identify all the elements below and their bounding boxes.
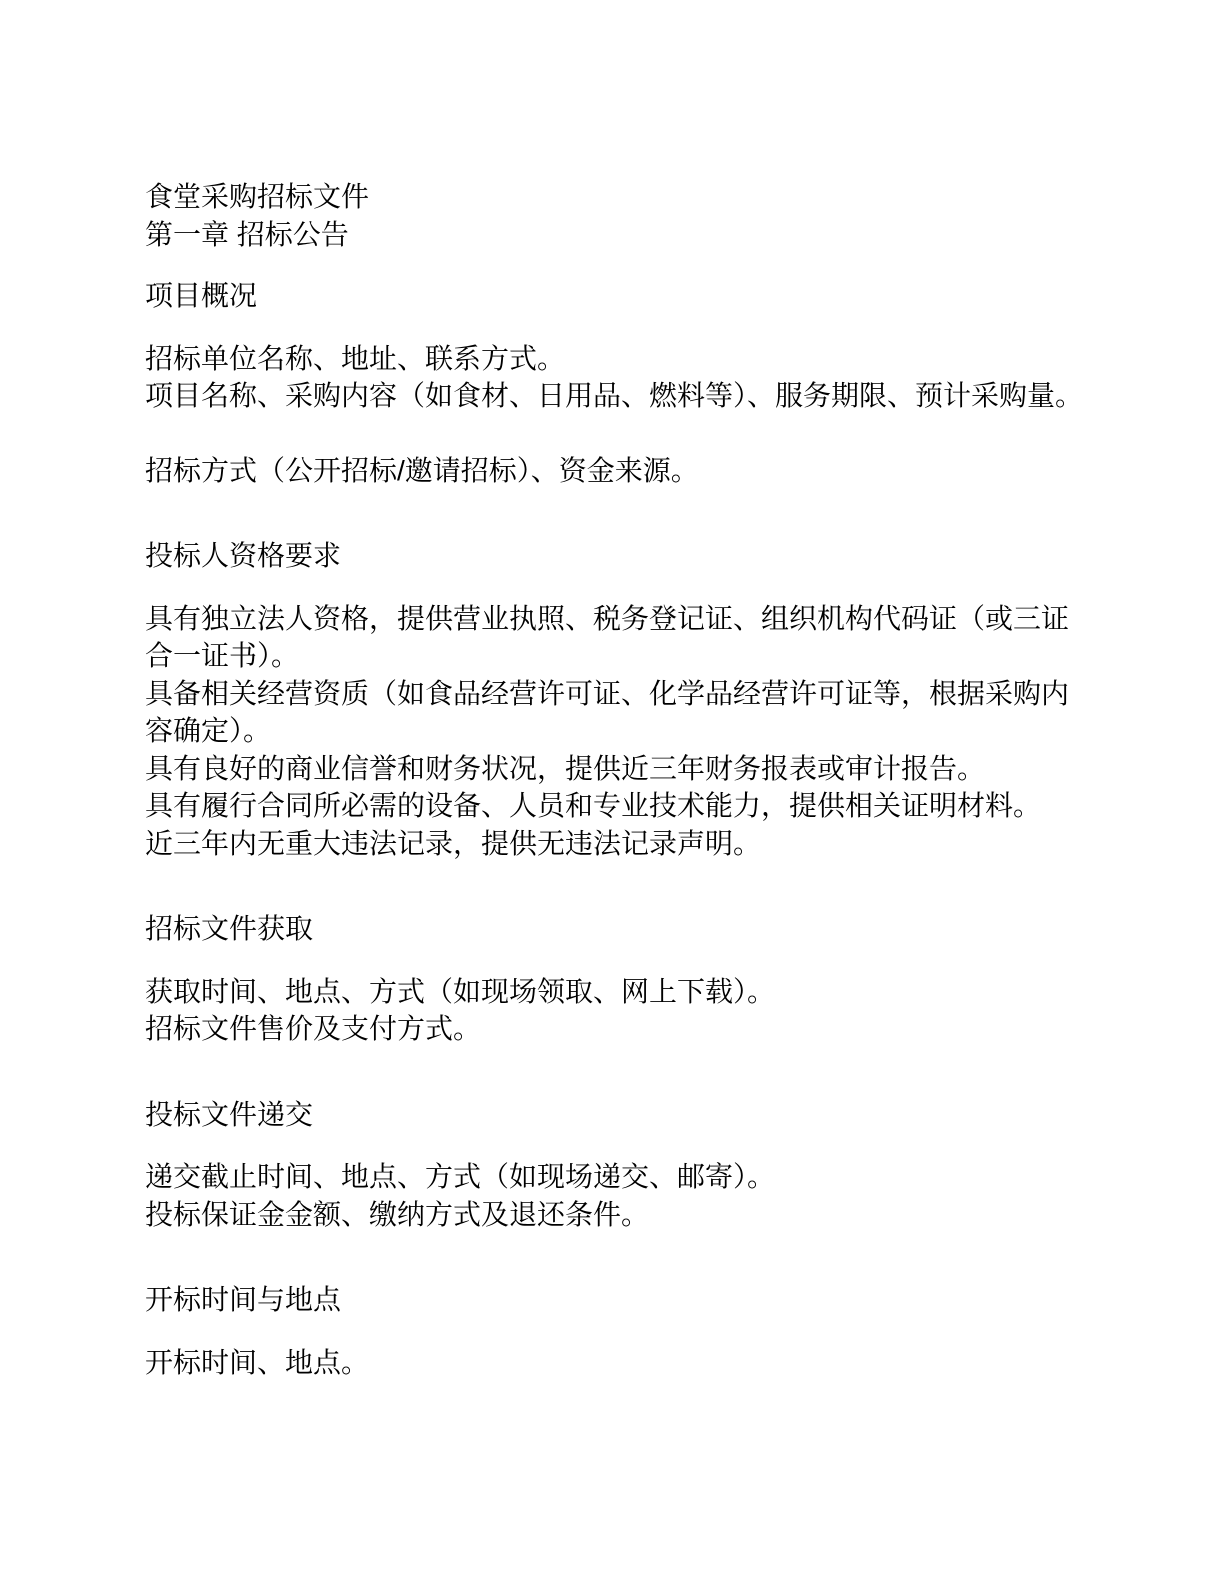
section-heading-bid-submission: 投标文件递交 xyxy=(145,1096,1094,1134)
paragraph-business-qualification: 具备相关经营资质（如食品经营许可证、化学品经营许可证等，根据采购内容确定）。 xyxy=(145,675,1094,750)
section-heading-bid-opening: 开标时间与地点 xyxy=(145,1281,1094,1319)
paragraph-credit-and-finance: 具有良好的商业信誉和财务状况，提供近三年财务报表或审计报告。 xyxy=(145,750,1094,788)
document-title: 食堂采购招标文件 xyxy=(145,178,1094,216)
document-page: 食堂采购招标文件 第一章 招标公告 项目概况 招标单位名称、地址、联系方式。 项… xyxy=(0,0,1224,1584)
paragraph-bidding-unit-info: 招标单位名称、地址、联系方式。 xyxy=(145,340,1094,378)
paragraph-bidding-method-funding: 招标方式（公开招标/邀请招标）、资金来源。 xyxy=(145,452,1094,490)
paragraph-no-violation-record: 近三年内无重大违法记录，提供无违法记录声明。 xyxy=(145,825,1094,863)
paragraph-legal-person-qualification: 具有独立法人资格，提供营业执照、税务登记证、组织机构代码证（或三证合一证书）。 xyxy=(145,600,1094,675)
paragraph-capability-proof: 具有履行合同所必需的设备、人员和专业技术能力，提供相关证明材料。 xyxy=(145,787,1094,825)
section-heading-project-overview: 项目概况 xyxy=(145,277,1094,315)
paragraph-bid-bond: 投标保证金金额、缴纳方式及退还条件。 xyxy=(145,1196,1094,1234)
paragraph-submission-deadline: 递交截止时间、地点、方式（如现场递交、邮寄）。 xyxy=(145,1158,1094,1196)
paragraph-document-price-payment: 招标文件售价及支付方式。 xyxy=(145,1010,1094,1048)
section-heading-document-acquisition: 招标文件获取 xyxy=(145,910,1094,948)
paragraph-acquisition-time-place: 获取时间、地点、方式（如现场领取、网上下载）。 xyxy=(145,973,1094,1011)
paragraph-opening-time-place: 开标时间、地点。 xyxy=(145,1344,1094,1382)
section-heading-bidder-qualifications: 投标人资格要求 xyxy=(145,537,1094,575)
paragraph-project-name-content: 项目名称、采购内容（如食材、日用品、燃料等）、服务期限、预计采购量。 xyxy=(145,377,1094,415)
chapter-heading: 第一章 招标公告 xyxy=(145,216,1094,254)
